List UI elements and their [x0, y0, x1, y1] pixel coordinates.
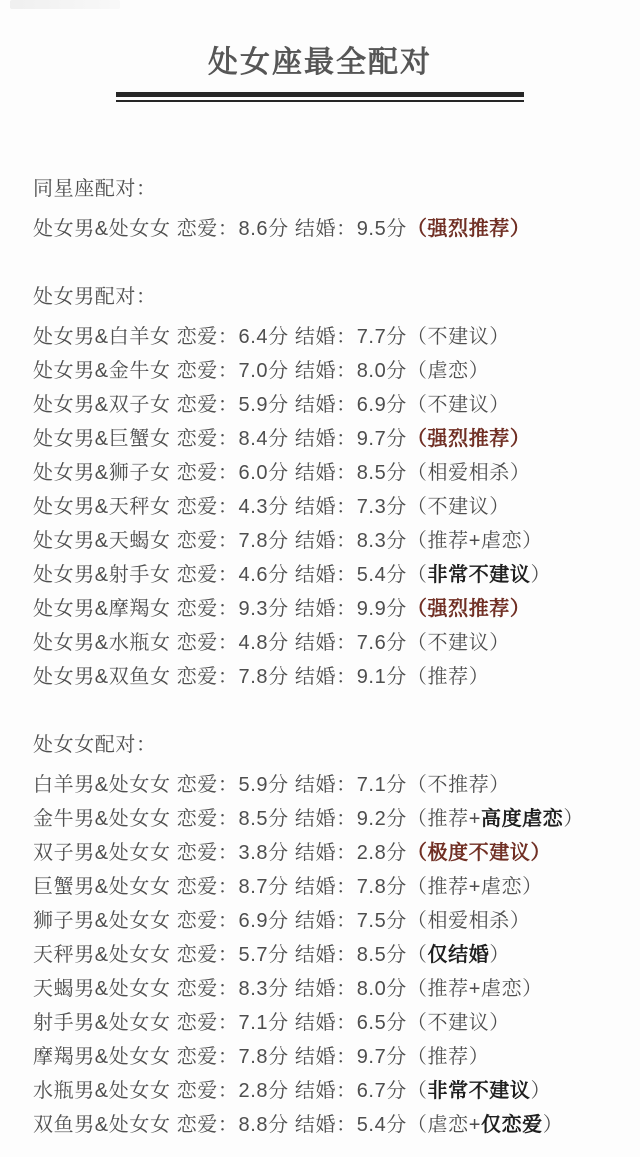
- love-score: 5.9分: [239, 774, 295, 796]
- marriage-score: 7.5分: [357, 910, 407, 932]
- pairing-row: 处女男&白羊女 恋爱：6.4分 结婚：7.7分（不建议）: [33, 320, 620, 354]
- pairing-row: 天蝎男&处女女 恋爱：8.3分 结婚：8.0分（推荐+虐恋）: [33, 972, 620, 1006]
- tag-segment: 非常不建议: [428, 564, 531, 586]
- tag-segment: （推荐）: [407, 666, 489, 688]
- tag-segment: ）: [489, 944, 510, 966]
- pair-names: 处女男&水瓶女: [33, 632, 177, 654]
- love-score: 2.8分: [239, 1080, 295, 1102]
- tag-segment: 仅恋爱: [481, 1114, 543, 1136]
- love-label: 恋爱：: [177, 632, 239, 654]
- love-label: 恋爱：: [177, 910, 239, 932]
- marriage-label: 结婚：: [295, 428, 357, 450]
- marriage-label: 结婚：: [295, 1080, 357, 1102]
- love-label: 恋爱：: [177, 944, 239, 966]
- marriage-label: 结婚：: [295, 944, 357, 966]
- love-score: 7.8分: [239, 666, 295, 688]
- marriage-label: 结婚：: [295, 530, 357, 552]
- tag-segment: 高度虐恋: [481, 808, 563, 830]
- pair-names: 天蝎男&处女女: [33, 978, 177, 1000]
- pairing-row: 处女男&双子女 恋爱：5.9分 结婚：6.9分（不建议）: [33, 388, 620, 422]
- love-label: 恋爱：: [177, 530, 239, 552]
- tag-segment: （不推荐）: [407, 774, 510, 796]
- love-label: 恋爱：: [177, 808, 239, 830]
- pairing-row: 双子男&处女女 恋爱：3.8分 结婚：2.8分（极度不建议）: [33, 836, 620, 870]
- pair-names: 白羊男&处女女: [33, 774, 177, 796]
- marriage-score: 9.1分: [357, 666, 407, 688]
- love-score: 4.8分: [239, 632, 295, 654]
- tag-segment: （推荐）: [407, 1046, 489, 1068]
- pairing-row: 金牛男&处女女 恋爱：8.5分 结婚：9.2分（推荐+高度虐恋）: [33, 802, 620, 836]
- tag-segment: （推荐+虐恋）: [407, 978, 543, 1000]
- love-score: 8.4分: [239, 428, 295, 450]
- pair-names: 处女男&双鱼女: [33, 666, 177, 688]
- marriage-label: 结婚：: [295, 326, 357, 348]
- top-edge-artifact: [10, 0, 120, 9]
- love-score: 8.6分: [239, 218, 295, 240]
- tag-segment: （不建议）: [407, 326, 510, 348]
- marriage-score: 8.0分: [357, 360, 407, 382]
- marriage-label: 结婚：: [295, 462, 357, 484]
- love-label: 恋爱：: [177, 666, 239, 688]
- pairing-row: 白羊男&处女女 恋爱：5.9分 结婚：7.1分（不推荐）: [33, 768, 620, 802]
- section-header: 同星座配对：: [33, 172, 620, 206]
- pair-names: 金牛男&处女女: [33, 808, 177, 830]
- marriage-score: 7.8分: [357, 876, 407, 898]
- marriage-score: 7.7分: [357, 326, 407, 348]
- love-label: 恋爱：: [177, 564, 239, 586]
- pairing-row: 处女男&天蝎女 恋爱：7.8分 结婚：8.3分（推荐+虐恋）: [33, 524, 620, 558]
- pair-names: 处女男&金牛女: [33, 360, 177, 382]
- love-label: 恋爱：: [177, 1012, 239, 1034]
- pair-names: 摩羯男&处女女: [33, 1046, 177, 1068]
- love-score: 6.4分: [239, 326, 295, 348]
- tag-segment: （强烈推荐）: [407, 428, 531, 450]
- pair-names: 狮子男&处女女: [33, 910, 177, 932]
- pair-names: 双子男&处女女: [33, 842, 177, 864]
- marriage-score: 5.4分: [357, 564, 407, 586]
- love-score: 3.8分: [239, 842, 295, 864]
- marriage-label: 结婚：: [295, 978, 357, 1000]
- marriage-score: 9.7分: [357, 428, 407, 450]
- marriage-score: 9.7分: [357, 1046, 407, 1068]
- marriage-label: 结婚：: [295, 876, 357, 898]
- pairing-row: 处女男&射手女 恋爱：4.6分 结婚：5.4分（非常不建议）: [33, 558, 620, 592]
- marriage-score: 6.9分: [357, 394, 407, 416]
- love-score: 6.9分: [239, 910, 295, 932]
- love-label: 恋爱：: [177, 876, 239, 898]
- tag-segment: ）: [563, 808, 584, 830]
- pairing-row: 处女男&水瓶女 恋爱：4.8分 结婚：7.6分（不建议）: [33, 626, 620, 660]
- marriage-score: 9.9分: [357, 598, 407, 620]
- tag-segment: ）: [543, 1114, 564, 1136]
- tag-segment: （推荐+: [407, 808, 481, 830]
- marriage-score: 6.7分: [357, 1080, 407, 1102]
- love-label: 恋爱：: [177, 598, 239, 620]
- marriage-score: 8.3分: [357, 530, 407, 552]
- pairing-row: 处女男&巨蟹女 恋爱：8.4分 结婚：9.7分（强烈推荐）: [33, 422, 620, 456]
- marriage-label: 结婚：: [295, 666, 357, 688]
- pair-names: 双鱼男&处女女: [33, 1114, 177, 1136]
- tag-segment: 仅结婚: [428, 944, 490, 966]
- tag-segment: （相爱相杀）: [407, 910, 531, 932]
- love-score: 6.0分: [239, 462, 295, 484]
- pairing-row: 狮子男&处女女 恋爱：6.9分 结婚：7.5分（相爱相杀）: [33, 904, 620, 938]
- tag-segment: （不建议）: [407, 496, 510, 518]
- marriage-score: 9.5分: [357, 218, 407, 240]
- tag-segment: （推荐+虐恋）: [407, 530, 543, 552]
- tag-segment: （不建议）: [407, 1012, 510, 1034]
- love-label: 恋爱：: [177, 428, 239, 450]
- marriage-score: 8.5分: [357, 944, 407, 966]
- marriage-label: 结婚：: [295, 842, 357, 864]
- love-label: 恋爱：: [177, 1114, 239, 1136]
- marriage-label: 结婚：: [295, 496, 357, 518]
- content: 同星座配对：处女男&处女女 恋爱：8.6分 结婚：9.5分（强烈推荐）处女男配对…: [0, 172, 640, 1142]
- tag-segment: （强烈推荐）: [407, 598, 531, 620]
- pairing-row: 双鱼男&处女女 恋爱：8.8分 结婚：5.4分（虐恋+仅恋爱）: [33, 1108, 620, 1142]
- love-label: 恋爱：: [177, 496, 239, 518]
- page-title: 处女座最全配对: [0, 45, 640, 81]
- tag-segment: （: [407, 564, 428, 586]
- pairing-row: 巨蟹男&处女女 恋爱：8.7分 结婚：7.8分（推荐+虐恋）: [33, 870, 620, 904]
- marriage-label: 结婚：: [295, 1114, 357, 1136]
- tag-segment: （极度不建议）: [407, 842, 551, 864]
- love-label: 恋爱：: [177, 842, 239, 864]
- tag-segment: （不建议）: [407, 632, 510, 654]
- pairing-row: 处女男&金牛女 恋爱：7.0分 结婚：8.0分（虐恋）: [33, 354, 620, 388]
- love-score: 8.3分: [239, 978, 295, 1000]
- marriage-label: 结婚：: [295, 1046, 357, 1068]
- love-label: 恋爱：: [177, 462, 239, 484]
- pairing-row: 水瓶男&处女女 恋爱：2.8分 结婚：6.7分（非常不建议）: [33, 1074, 620, 1108]
- tag-segment: （虐恋）: [407, 360, 489, 382]
- pair-names: 处女男&射手女: [33, 564, 177, 586]
- pair-names: 处女男&白羊女: [33, 326, 177, 348]
- tag-segment: ）: [531, 1080, 552, 1102]
- pairing-row: 处女男&狮子女 恋爱：6.0分 结婚：8.5分（相爱相杀）: [33, 456, 620, 490]
- pair-names: 天秤男&处女女: [33, 944, 177, 966]
- marriage-score: 9.2分: [357, 808, 407, 830]
- marriage-label: 结婚：: [295, 1012, 357, 1034]
- love-label: 恋爱：: [177, 1080, 239, 1102]
- pairing-row: 射手男&处女女 恋爱：7.1分 结婚：6.5分（不建议）: [33, 1006, 620, 1040]
- marriage-label: 结婚：: [295, 808, 357, 830]
- love-score: 8.5分: [239, 808, 295, 830]
- tag-segment: （: [407, 944, 428, 966]
- marriage-score: 7.6分: [357, 632, 407, 654]
- tag-segment: （相爱相杀）: [407, 462, 531, 484]
- pair-names: 处女男&摩羯女: [33, 598, 177, 620]
- marriage-label: 结婚：: [295, 598, 357, 620]
- pair-names: 水瓶男&处女女: [33, 1080, 177, 1102]
- love-score: 4.3分: [239, 496, 295, 518]
- marriage-label: 结婚：: [295, 394, 357, 416]
- pairing-row: 天秤男&处女女 恋爱：5.7分 结婚：8.5分（仅结婚）: [33, 938, 620, 972]
- pair-names: 处女男&处女女: [33, 218, 177, 240]
- section-header: 处女男配对：: [33, 280, 620, 314]
- love-score: 8.8分: [239, 1114, 295, 1136]
- pairing-section: 同星座配对：处女男&处女女 恋爱：8.6分 结婚：9.5分（强烈推荐）: [33, 172, 620, 246]
- love-label: 恋爱：: [177, 978, 239, 1000]
- marriage-score: 7.1分: [357, 774, 407, 796]
- section-header: 处女女配对：: [33, 728, 620, 762]
- tag-segment: （不建议）: [407, 394, 510, 416]
- marriage-score: 8.0分: [357, 978, 407, 1000]
- tag-segment: （强烈推荐）: [407, 218, 531, 240]
- marriage-label: 结婚：: [295, 632, 357, 654]
- marriage-score: 5.4分: [357, 1114, 407, 1136]
- love-score: 9.3分: [239, 598, 295, 620]
- tag-segment: （推荐+虐恋）: [407, 876, 543, 898]
- pair-names: 处女男&双子女: [33, 394, 177, 416]
- love-score: 5.7分: [239, 944, 295, 966]
- pairing-row: 处女男&处女女 恋爱：8.6分 结婚：9.5分（强烈推荐）: [33, 212, 620, 246]
- marriage-score: 2.8分: [357, 842, 407, 864]
- pairing-row: 处女男&摩羯女 恋爱：9.3分 结婚：9.9分（强烈推荐）: [33, 592, 620, 626]
- marriage-score: 7.3分: [357, 496, 407, 518]
- pairing-section: 处女女配对：白羊男&处女女 恋爱：5.9分 结婚：7.1分（不推荐）金牛男&处女…: [33, 728, 620, 1142]
- marriage-score: 6.5分: [357, 1012, 407, 1034]
- tag-segment: （: [407, 1080, 428, 1102]
- marriage-label: 结婚：: [295, 774, 357, 796]
- tag-segment: （虐恋+: [407, 1114, 481, 1136]
- love-score: 8.7分: [239, 876, 295, 898]
- love-label: 恋爱：: [177, 360, 239, 382]
- love-label: 恋爱：: [177, 1046, 239, 1068]
- love-label: 恋爱：: [177, 394, 239, 416]
- love-score: 7.8分: [239, 530, 295, 552]
- pairing-section: 处女男配对：处女男&白羊女 恋爱：6.4分 结婚：7.7分（不建议）处女男&金牛…: [33, 280, 620, 694]
- marriage-label: 结婚：: [295, 360, 357, 382]
- pairing-row: 处女男&双鱼女 恋爱：7.8分 结婚：9.1分（推荐）: [33, 660, 620, 694]
- marriage-label: 结婚：: [295, 910, 357, 932]
- pair-names: 射手男&处女女: [33, 1012, 177, 1034]
- love-label: 恋爱：: [177, 774, 239, 796]
- marriage-label: 结婚：: [295, 564, 357, 586]
- pairing-row: 摩羯男&处女女 恋爱：7.8分 结婚：9.7分（推荐）: [33, 1040, 620, 1074]
- pair-names: 处女男&天秤女: [33, 496, 177, 518]
- love-label: 恋爱：: [177, 326, 239, 348]
- pairing-row: 处女男&天秤女 恋爱：4.3分 结婚：7.3分（不建议）: [33, 490, 620, 524]
- pair-names: 巨蟹男&处女女: [33, 876, 177, 898]
- pair-names: 处女男&狮子女: [33, 462, 177, 484]
- pair-names: 处女男&天蝎女: [33, 530, 177, 552]
- love-score: 7.1分: [239, 1012, 295, 1034]
- love-score: 4.6分: [239, 564, 295, 586]
- love-label: 恋爱：: [177, 218, 239, 240]
- marriage-score: 8.5分: [357, 462, 407, 484]
- pair-names: 处女男&巨蟹女: [33, 428, 177, 450]
- title-divider: [116, 92, 524, 102]
- love-score: 7.0分: [239, 360, 295, 382]
- tag-segment: ）: [531, 564, 552, 586]
- love-score: 7.8分: [239, 1046, 295, 1068]
- marriage-label: 结婚：: [295, 218, 357, 240]
- page: 处女座最全配对 同星座配对：处女男&处女女 恋爱：8.6分 结婚：9.5分（强烈…: [0, 0, 640, 1142]
- love-score: 5.9分: [239, 394, 295, 416]
- tag-segment: 非常不建议: [428, 1080, 531, 1102]
